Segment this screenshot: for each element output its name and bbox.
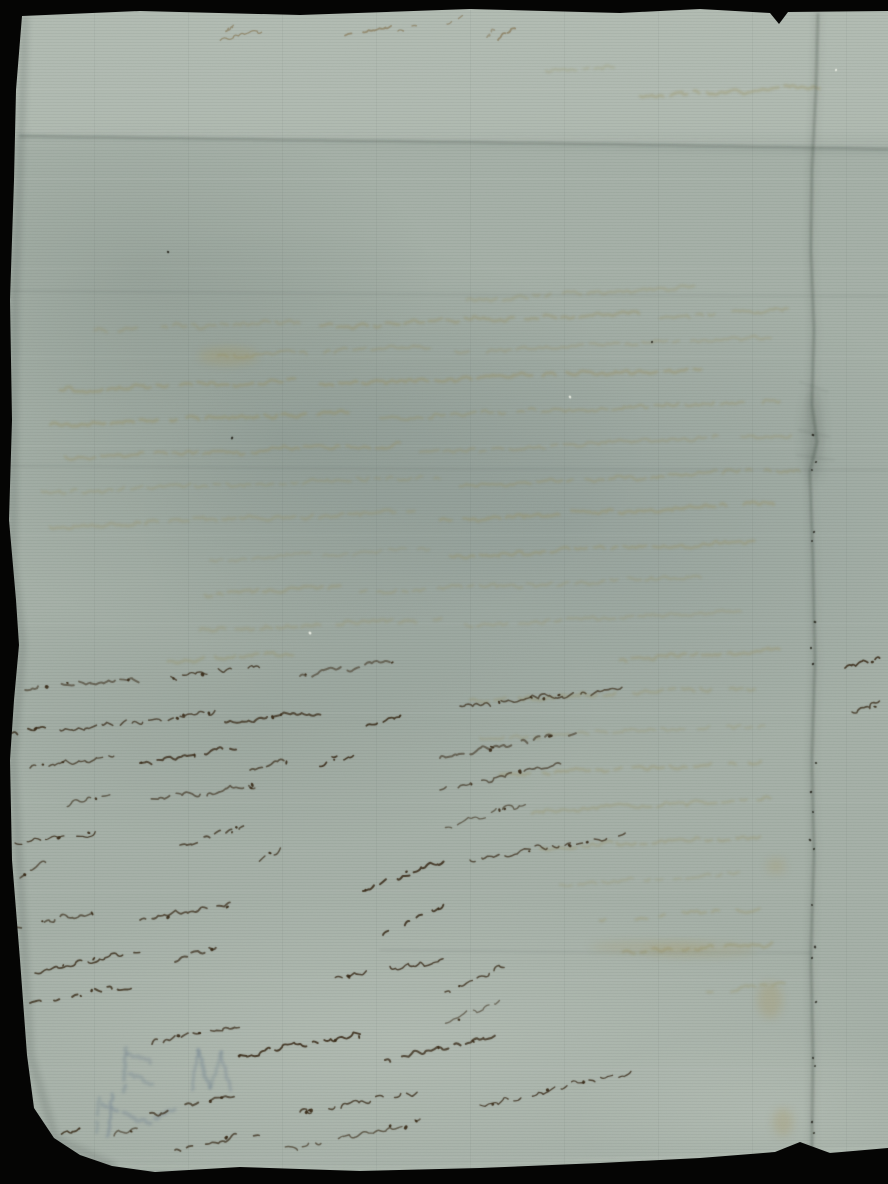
- scanner-background: [0, 0, 888, 1184]
- ink-showthrough-and-crease-layer: [0, 0, 888, 1184]
- manuscript-page: [0, 0, 888, 1184]
